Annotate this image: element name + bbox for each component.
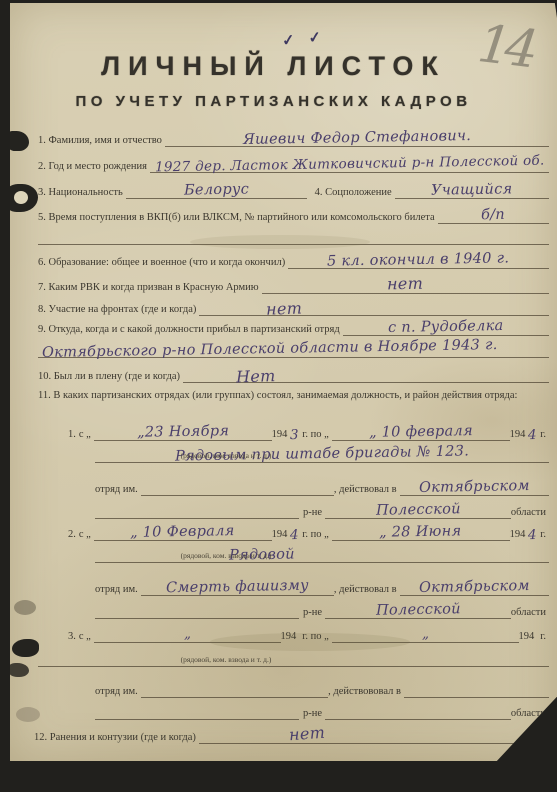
entry3-from-date: „	[183, 629, 190, 640]
entry2-acted-value: Октябрьском	[419, 581, 530, 594]
field-arrived-line2: Октябрьского р-но Полесской области в Но…	[38, 344, 549, 358]
field-party: 5. Время поступления в ВКП(б) или ВЛКСМ,…	[38, 210, 549, 224]
entry2-from-year-digit: 4	[290, 530, 299, 541]
entry2-dates: 2. с „ „ 10 Февраля 1944 г. по „ „ 28 Ию…	[68, 527, 549, 541]
field-party-value: б/п	[481, 210, 505, 221]
field-fronts-value: нет	[266, 303, 302, 315]
scanned-document: { "document": { "checkmarks": "✓✓", "pag…	[0, 0, 557, 792]
entry1-acted-value: Октябрьском	[419, 481, 530, 494]
field-arrived: 9. Откуда, когда и с какой должности при…	[38, 322, 549, 336]
entry1-from-date: „23 Ноября	[137, 426, 229, 439]
entry2-caption: (рядовой, ком. взвода и т. д.)	[95, 552, 357, 560]
hole-punch	[14, 600, 36, 615]
pen-checkmarks: ✓✓	[281, 26, 336, 50]
field-detachments-label: 11. В каких партизанских отрядах (или гр…	[38, 389, 549, 403]
form-title: ЛИЧНЫЙ ЛИСТОК	[10, 51, 537, 82]
entry2-num: 2.	[68, 528, 79, 541]
entry3-otryad-line: отряд им. , действововал в	[95, 684, 549, 698]
stain	[210, 633, 410, 651]
field-rvk-value: нет	[387, 278, 423, 290]
entry1-to-date: „ 10 февраля	[369, 426, 473, 439]
field-education: 6. Образование: общее и военное (что и к…	[38, 255, 549, 269]
hole-punch	[5, 184, 38, 212]
field-captivity: 10. Был ли в плену (где и когда) Нет	[38, 367, 549, 383]
field-arrived-value: с п. Рудобелка	[388, 321, 504, 334]
field-rvk: 7. Каким РВК и когда призван в Красную А…	[38, 278, 549, 294]
field-wounds: 12. Ранения и контузии (где и когда) нет	[34, 728, 549, 744]
field-arrived-value2: Октябрьского р-но Полесской области в Но…	[42, 340, 498, 359]
entry2-from-date: „ 10 Февраля	[130, 526, 235, 539]
field-birth-value: 1927 дер. Ласток Житковичский р-н Полесс…	[155, 156, 545, 174]
entry3-caption: (рядовой, ком. взвода и т. д.)	[95, 656, 357, 664]
field-arrived-label: 9. Откуда, когда и с какой должности при…	[38, 323, 343, 336]
field-captivity-value: Нет	[236, 370, 276, 382]
field-wounds-label: 12. Ранения и контузии (где и когда)	[34, 731, 199, 744]
field-nationality-value: Белорус	[184, 184, 249, 196]
field-nationality-label: 3. Национальность	[38, 186, 126, 199]
entry1-rne-value: Полесской	[375, 504, 460, 516]
entry1-otryad-line: отряд им. , действовал в Октябрьском	[95, 482, 549, 496]
field-name-value: Яшевич Федор Стефанович.	[243, 131, 471, 146]
entry1-from-year-digit: 3	[290, 430, 299, 441]
entry2-otryad-name: Смерть фашизму	[166, 581, 309, 594]
entry3-s-label: с „	[79, 630, 94, 643]
entry1-s-label: с „	[79, 428, 94, 441]
form-paper: ✓✓ 14 ЛИЧНЫЙ ЛИСТОК ПО УЧЕТУ ПАРТИЗАНСКИ…	[10, 3, 557, 761]
field-wounds-value: нет	[289, 727, 326, 740]
entry3-num: 3.	[68, 630, 79, 643]
field-fronts-label: 8. Участие на фронтах (где и когда)	[38, 303, 199, 316]
hole-punch	[16, 707, 40, 722]
entry1-caption: (рядовой, ком. взвода и т. д.)	[95, 452, 357, 460]
hole-punch	[8, 663, 29, 677]
field-education-label: 6. Образование: общее и военное (что и к…	[38, 256, 288, 269]
field-birth-label: 2. Год и место рождения	[38, 160, 150, 173]
field-nationality-row: 3. Национальность Белорус 4. Соцположени…	[38, 185, 549, 199]
hole-punch	[12, 639, 39, 657]
field-fronts: 8. Участие на фронтах (где и когда) нет	[38, 300, 549, 316]
entry3-district-line: р-не области	[95, 706, 549, 720]
field-rvk-label: 7. Каким РВК и когда призван в Красную А…	[38, 281, 262, 294]
stain	[190, 235, 370, 249]
entry1-district-line: р-не Полесской области	[95, 505, 549, 519]
hole-punch	[7, 131, 29, 151]
field-name: 1. Фамилия, имя и отчество Яшевич Федор …	[38, 133, 549, 147]
entry2-otryad-line: отряд им. Смерть фашизму , действовал в …	[95, 582, 549, 596]
field-social-label: 4. Соцположение	[307, 186, 395, 199]
form-subtitle: ПО УЧЕТУ ПАРТИЗАНСКИХ КАДРОВ	[10, 93, 537, 110]
field-birth: 2. Год и место рождения 1927 дер. Ласток…	[38, 159, 549, 173]
entry1-to-year-digit: 4	[528, 430, 537, 441]
entry3-to-date: „	[421, 629, 428, 640]
entry2-to-date: „ 28 Июня	[379, 526, 462, 538]
field-party-label: 5. Время поступления в ВКП(б) или ВЛКСМ,…	[38, 211, 438, 224]
field-captivity-label: 10. Был ли в плену (где и когда)	[38, 370, 183, 383]
entry2-rne-value: Полесской	[375, 604, 460, 616]
field-education-value: 5 кл. окончил в 1940 г.	[327, 253, 509, 267]
entry2-to-year-digit: 4	[528, 530, 537, 541]
entry2-s-label: с „	[79, 528, 94, 541]
field-name-label: 1. Фамилия, имя и отчество	[38, 134, 165, 147]
entry1-num: 1.	[68, 428, 79, 441]
entry1-dates: 1. с „ „23 Ноября 1943 г. по „ „ 10 февр…	[68, 427, 549, 441]
entry2-district-line: р-не Полесской области	[95, 605, 549, 619]
field-social-value: Учащийся	[431, 184, 513, 196]
